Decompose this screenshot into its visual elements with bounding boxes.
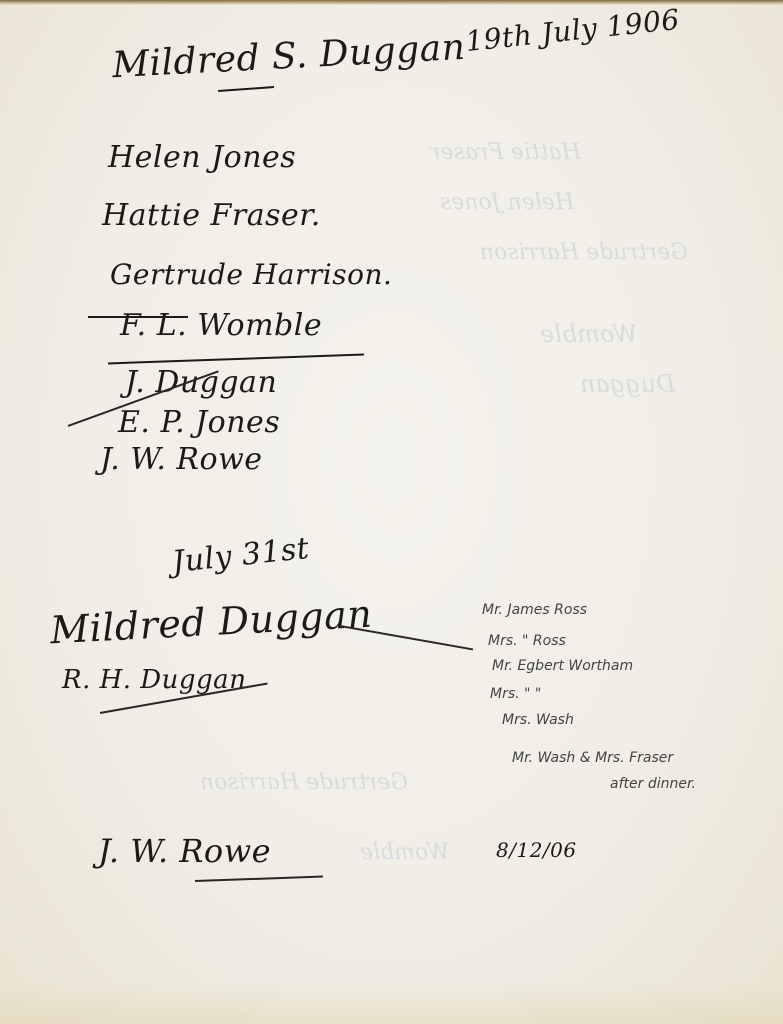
guest-signature: Hattie Fraser. <box>102 198 321 233</box>
guest-signature: F. L. Womble <box>120 308 322 343</box>
signature-underline <box>108 354 364 364</box>
header-date: 19th July 1906 <box>464 3 681 58</box>
footer-signature: J. W. Rowe <box>98 832 271 870</box>
pencil-note: Mrs. Wash <box>502 712 574 728</box>
pencil-note: Mrs. " Ross <box>488 633 566 649</box>
guest-signature: Gertrude Harrison. <box>110 258 392 291</box>
pencil-note: Mr. Wash & Mrs. Fraser <box>512 750 673 766</box>
bleed-through-text: Helen Jones <box>440 190 574 215</box>
guest-signature: Helen Jones <box>108 140 296 175</box>
guest-signature: E. P. Jones <box>118 405 280 440</box>
header-signature: Mildred S. Duggan <box>111 27 466 86</box>
bleed-through-text: Womble <box>360 840 449 865</box>
pencil-note: Mrs. " " <box>490 686 541 702</box>
bleed-through-text: Duggan <box>580 370 675 398</box>
pencil-note: after dinner. <box>610 776 696 792</box>
pencil-note: Mr. James Ross <box>482 602 587 618</box>
bleed-through-text: Gertrude Harrison <box>480 240 688 265</box>
guestbook-page: Hattie Fraser Helen Jones Gertrude Harri… <box>0 0 783 1024</box>
guest-signature: Mildred Duggan <box>49 592 373 653</box>
footer-date: 8/12/06 <box>496 838 577 862</box>
bleed-through-text: Gertrude Harrison <box>200 770 408 795</box>
signature-underline <box>218 86 274 92</box>
signature-flourish <box>195 876 323 882</box>
guest-signature: J. W. Rowe <box>100 442 263 477</box>
signature-flourish <box>340 625 473 650</box>
bleed-through-text: Hattie Fraser <box>430 140 581 165</box>
pencil-note: Mr. Egbert Wortham <box>492 658 633 674</box>
entry-date: July 31st <box>171 531 311 580</box>
bleed-through-text: Womble <box>540 320 638 348</box>
